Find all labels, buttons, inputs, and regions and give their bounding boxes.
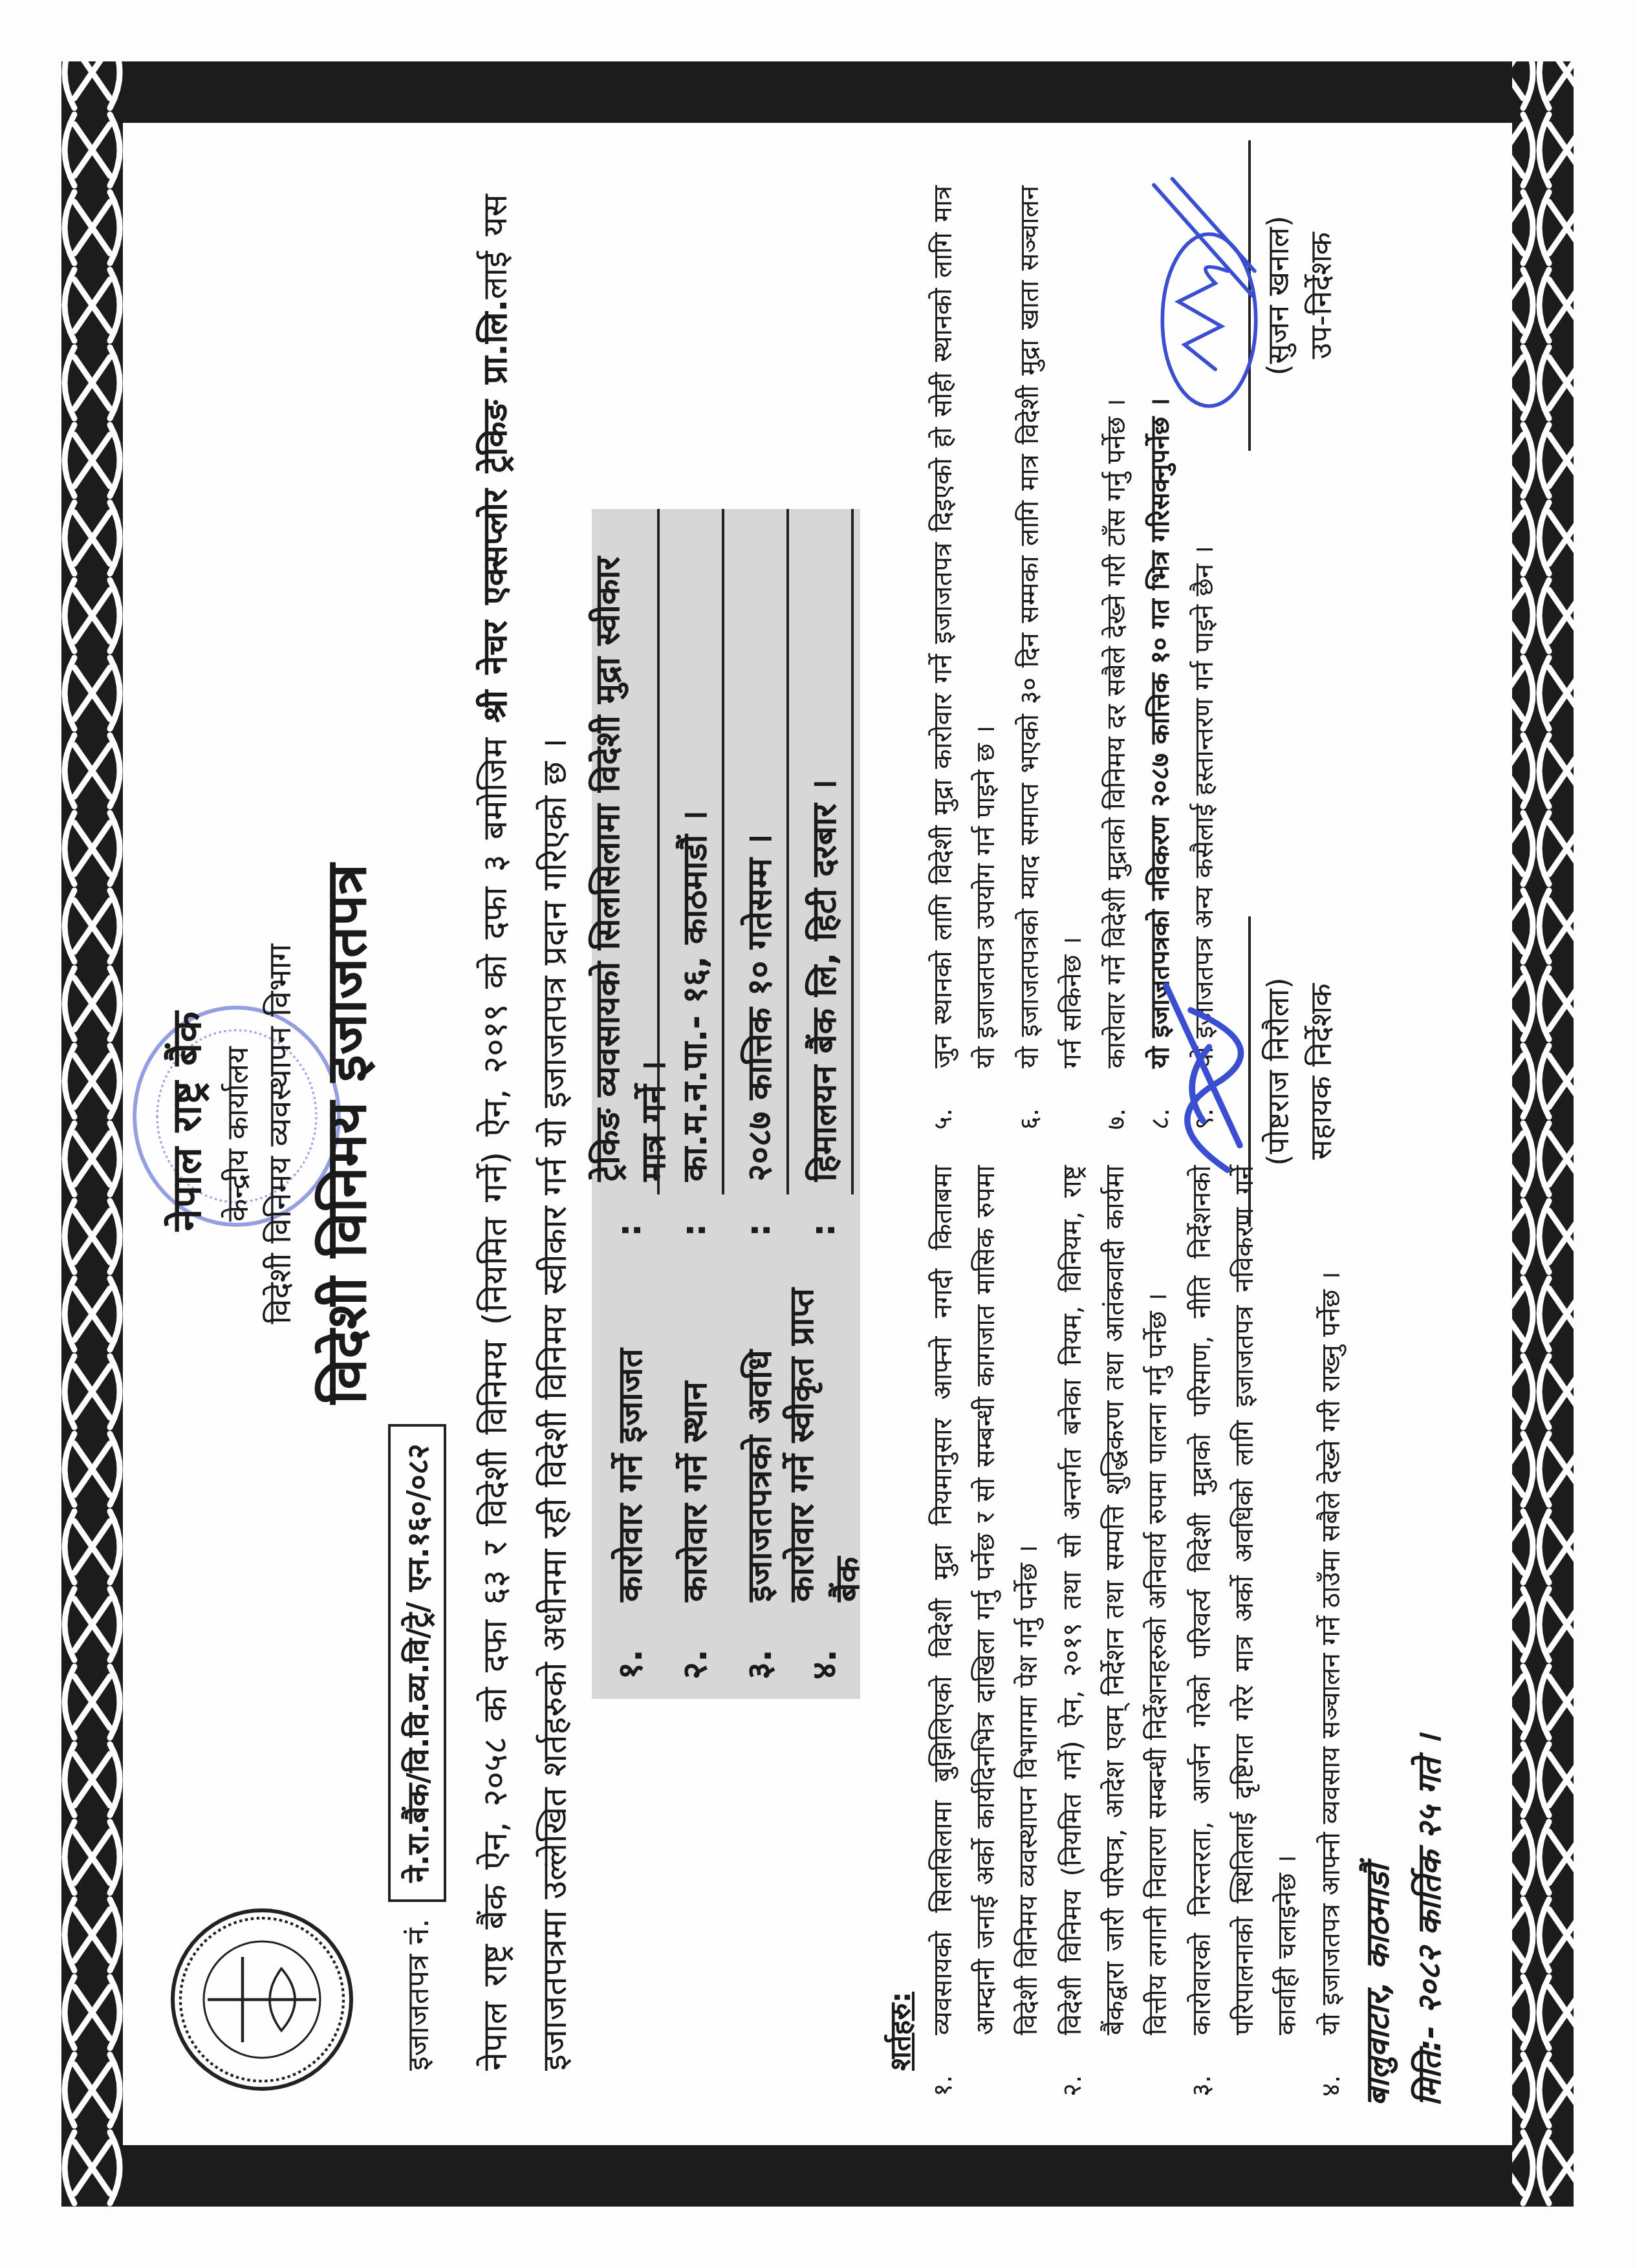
condition-number: ७. bbox=[1095, 1068, 1138, 1130]
row-number: ३. bbox=[735, 1602, 781, 1699]
conditions-left-column: १.व्यवसायको सिलसिलामा बुझिलिएको विदेशी म… bbox=[922, 1165, 1354, 2097]
condition-number: १. bbox=[922, 2035, 1050, 2097]
row-value: २०८७ कात्तिक १० गतेसम्म । bbox=[728, 509, 789, 1194]
permit-document: नेपाल राष्ट्र बैंक केन्द्रीय कार्यालय वि… bbox=[0, 0, 1635, 2268]
condition-text: विदेशी विनिमय (नियमित गर्ने) ऐन, २०१९ तथ… bbox=[1051, 1165, 1179, 2035]
department-name: विदेशी विनिमय व्यवस्थापन विभाग bbox=[258, 0, 300, 2268]
conditions-heading: शर्तहरु: bbox=[880, 1992, 918, 2071]
permit-number-label: इजाजतपत्र नं. bbox=[397, 1919, 437, 2071]
row-value: हिमालयन बैंक लि, हिटी दरबार । bbox=[792, 509, 854, 1194]
row-value: ट्रेकिङ व्यवसायको सिलसिलामा विदेशी मुद्र… bbox=[598, 509, 660, 1194]
intro-paragraph: नेपाल राष्ट्र बैंक ऐन, २०५८ को दफा ६३ र … bbox=[466, 194, 585, 2071]
row-label: कारोवार गर्ने इजाजत bbox=[606, 1266, 652, 1602]
condition-number: ६. bbox=[1008, 1068, 1094, 1130]
row-separator: : bbox=[804, 1194, 843, 1266]
condition-number: २. bbox=[1051, 2035, 1179, 2097]
details-row: १. कारोवार गर्ने इजाजत : ट्रेकिङ व्यवसाय… bbox=[598, 509, 660, 1699]
signatory-role: उप-निर्देशक bbox=[1300, 114, 1340, 477]
row-value: का.म.न.पा.- १६, काठमाडौं । bbox=[663, 509, 724, 1194]
condition-text: यो इजाजतपत्रको म्याद समाप्त भएको ३० दिन … bbox=[1008, 186, 1094, 1068]
condition-number: ४. bbox=[1310, 2035, 1352, 2097]
intro-text-before: नेपाल राष्ट्र बैंक ऐन, २०५८ को दफा ६३ र … bbox=[476, 723, 515, 2071]
condition-item: ४.यो इजाजतपत्र आफ्नो व्यवसाय सञ्चालन गर्… bbox=[1310, 1165, 1352, 2097]
condition-item: ६.यो इजाजतपत्रको म्याद समाप्त भएको ३० दि… bbox=[1008, 186, 1094, 1130]
condition-text: व्यवसायको सिलसिलामा बुझिलिएको विदेशी मुद… bbox=[922, 1165, 1050, 2035]
document-title: विदेशी विनिमय इजाजतपत्र bbox=[307, 0, 382, 2268]
signatory-role: सहायक निर्देशक bbox=[1300, 891, 1340, 1253]
condition-text: कारोवार गर्ने विदेशी मुद्राको विनिमय दर … bbox=[1095, 186, 1138, 1068]
condition-item: ७.कारोवार गर्ने विदेशी मुद्राको विनिमय द… bbox=[1095, 186, 1138, 1130]
condition-item: १.व्यवसायको सिलसिलामा बुझिलिएको विदेशी म… bbox=[922, 1165, 1050, 2097]
permit-number: ने.रा.बैंक/वि.वि.व्य.वि/ट्रे/ एन.१६०/०८२ bbox=[388, 1424, 446, 1901]
row-number: १. bbox=[606, 1602, 652, 1699]
office-name: केन्द्रीय कार्यालय bbox=[217, 0, 257, 2268]
signature-scribble-icon bbox=[1138, 949, 1268, 1194]
letterhead: नेपाल राष्ट्र बैंक केन्द्रीय कार्यालय वि… bbox=[158, 0, 382, 2268]
condition-item: ३.कारोवारको निरन्तरता, आर्जन गरेको परिवर… bbox=[1180, 1165, 1308, 2097]
issue-place-date: बालुवाटार, काठमाडौं मिति:- २०८२ कार्तिक … bbox=[1352, 1734, 1455, 2106]
licensee-name: श्री नेचर एक्सप्लोर ट्रेकिङ प्रा.लि. bbox=[476, 299, 515, 723]
details-row: ४. कारोवार गर्ने स्वीकृत प्राप्त बैंक : … bbox=[792, 509, 854, 1699]
row-separator: : bbox=[739, 1194, 778, 1266]
signature-block-assistant-director: (पोष्टराज निरौला) सहायक निर्देशक bbox=[1248, 891, 1340, 1253]
signature-scribble-icon bbox=[1138, 173, 1268, 418]
condition-text: कारोवारको निरन्तरता, आर्जन गरेको परिवर्त… bbox=[1180, 1165, 1308, 2035]
condition-text: जुन स्थानको लागि विदेशी मुद्रा कारोवार ग… bbox=[922, 186, 1007, 1068]
row-number: ४. bbox=[800, 1602, 846, 1699]
row-label: इजाजतपत्रको अवधि bbox=[735, 1266, 781, 1602]
details-row: २. कारोवार गर्ने स्थान : का.म.न.पा.- १६,… bbox=[663, 509, 724, 1699]
row-label: कारोवार गर्ने स्वीकृत प्राप्त बैंक bbox=[777, 1266, 869, 1602]
row-separator: : bbox=[675, 1194, 713, 1266]
permit-details-table: १. कारोवार गर्ने इजाजत : ट्रेकिङ व्यवसाय… bbox=[592, 509, 860, 1699]
issue-place: बालुवाटार, काठमाडौं bbox=[1352, 1734, 1403, 2106]
condition-number: ५. bbox=[922, 1068, 1007, 1130]
permit-number-row: इजाजतपत्र नं. ने.रा.बैंक/वि.वि.व्य.वि/ट्… bbox=[388, 1424, 446, 2071]
issue-date: मिति:- २०८२ कार्तिक २५ गते । bbox=[1403, 1734, 1455, 2106]
bank-name: नेपाल राष्ट्र बैंक bbox=[158, 0, 213, 2242]
row-number: २. bbox=[671, 1602, 717, 1699]
condition-text: यो इजाजतपत्र आफ्नो व्यवसाय सञ्चालन गर्ने… bbox=[1310, 1165, 1352, 2035]
condition-item: ५.जुन स्थानको लागि विदेशी मुद्रा कारोवार… bbox=[922, 186, 1007, 1130]
signature-block-deputy-director: (सुजन खनाल) उप-निर्देशक bbox=[1248, 114, 1340, 477]
row-label: कारोवार गर्ने स्थान bbox=[671, 1266, 717, 1602]
row-separator: : bbox=[610, 1194, 649, 1266]
condition-number: ३. bbox=[1180, 2035, 1308, 2097]
condition-item: २.विदेशी विनिमय (नियमित गर्ने) ऐन, २०१९ … bbox=[1051, 1165, 1179, 2097]
